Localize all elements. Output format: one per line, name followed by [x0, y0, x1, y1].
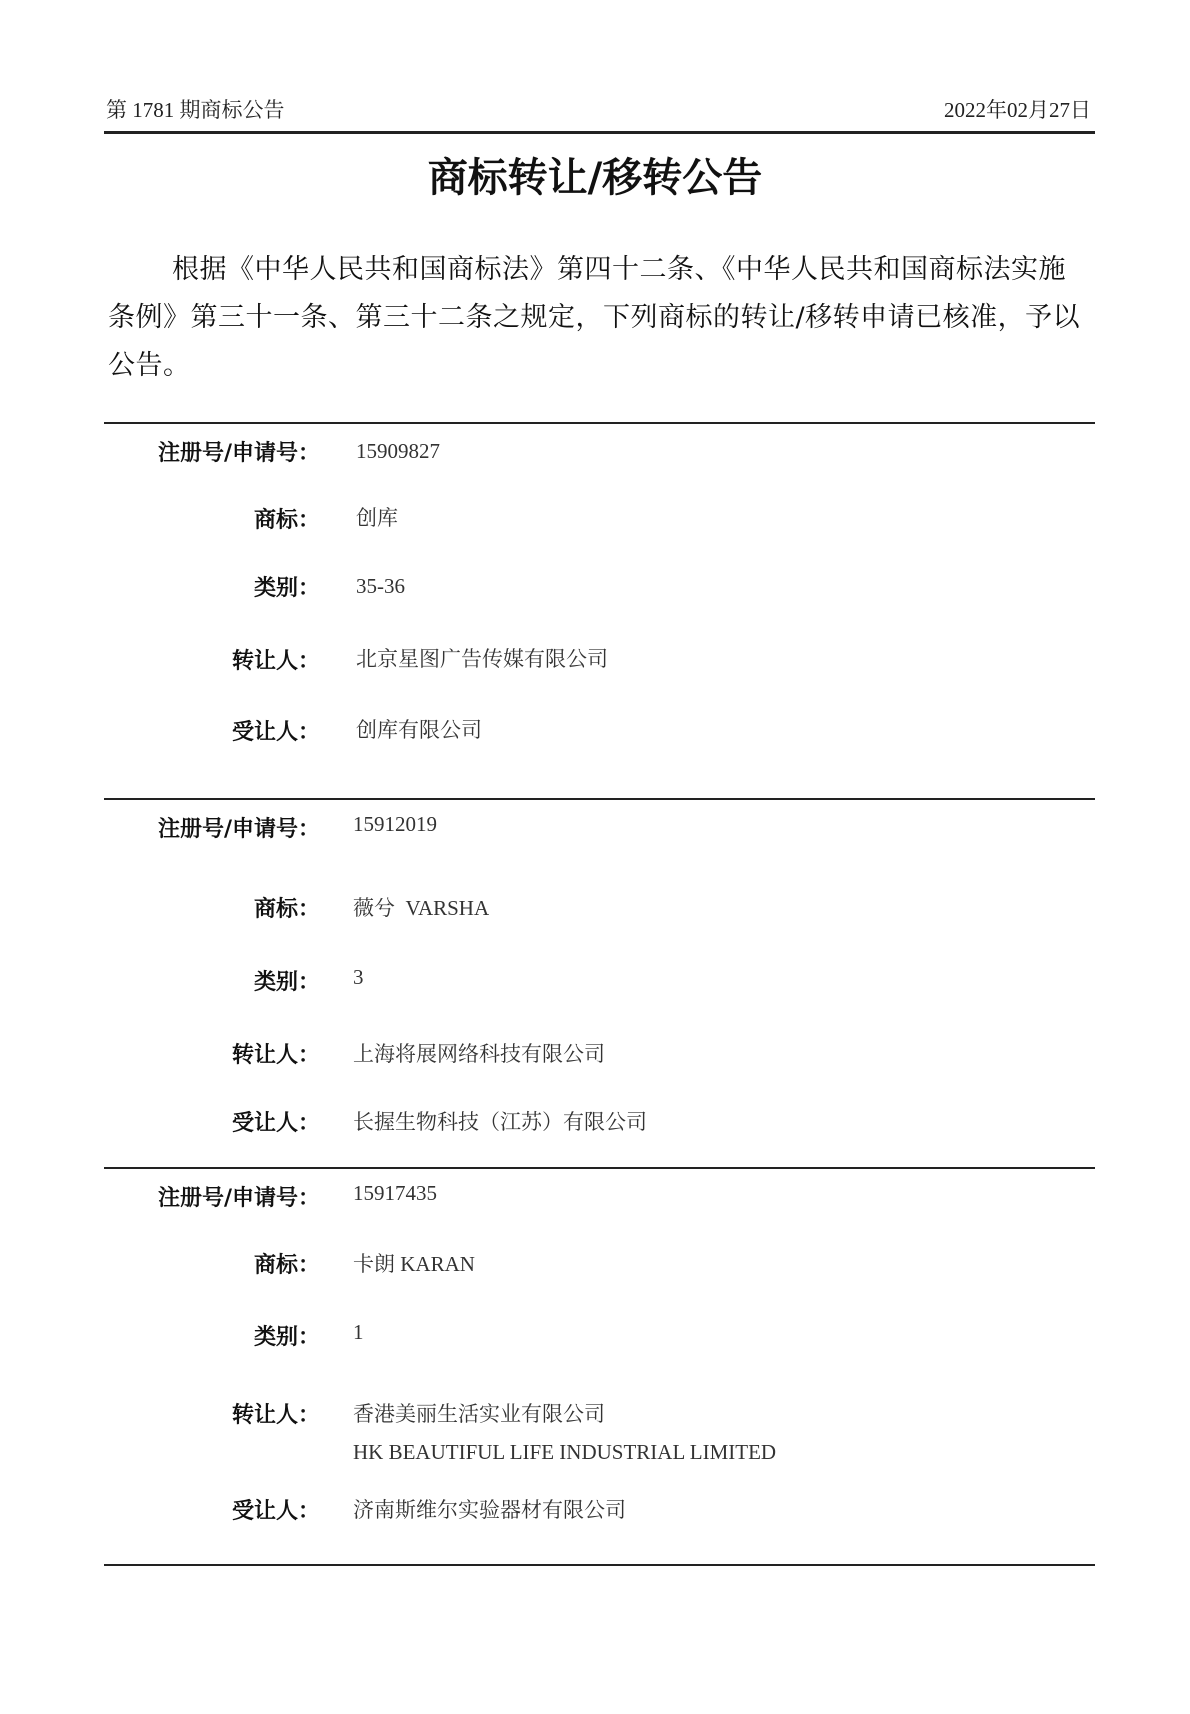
transferor-label: 转让人：	[232, 1398, 320, 1429]
transferor-english-value: HK BEAUTIFUL LIFE INDUSTRIAL LIMITED	[353, 1440, 776, 1465]
mark-label: 商标：	[254, 1248, 320, 1279]
class-value: 35-36	[356, 571, 405, 601]
reg-no-label: 注册号/申请号：	[158, 436, 320, 467]
transferor-label: 转让人：	[232, 1038, 320, 1069]
reg-no-label: 注册号/申请号：	[158, 812, 320, 843]
mark-value: 薇兮 VARSHA	[353, 892, 489, 922]
mark-label: 商标：	[254, 503, 320, 534]
mark-value: 卡朗 KARAN	[353, 1248, 475, 1278]
record-divider	[104, 422, 1095, 424]
mark-label: 商标：	[254, 892, 320, 923]
transferee-label: 受让人：	[232, 1494, 320, 1525]
transferor-value: 北京星图广告传媒有限公司	[356, 644, 608, 674]
class-label: 类别：	[254, 571, 320, 602]
transferee-label: 受让人：	[232, 715, 320, 746]
issue-number: 第 1781 期商标公告	[106, 94, 285, 124]
mark-value: 创库	[356, 503, 398, 533]
class-value: 3	[353, 965, 364, 990]
header-divider	[104, 131, 1095, 134]
reg-no-label: 注册号/申请号：	[158, 1181, 320, 1212]
reg-no-value: 15909827	[356, 436, 440, 466]
transferee-value: 长握生物科技（江苏）有限公司	[353, 1106, 647, 1136]
transferor-value: 上海将展网络科技有限公司	[353, 1038, 605, 1068]
transferor-label: 转让人：	[232, 644, 320, 675]
transferee-value: 创库有限公司	[356, 715, 482, 745]
class-value: 1	[353, 1320, 364, 1345]
page-title: 商标转让/移转公告	[0, 146, 1190, 203]
class-label: 类别：	[254, 965, 320, 996]
transferee-value: 济南斯维尔实验器材有限公司	[353, 1494, 626, 1524]
transferor-value: 香港美丽生活实业有限公司	[353, 1398, 605, 1428]
intro-paragraph: 根据《中华人民共和国商标法》第四十二条、《中华人民共和国商标法实施条例》第三十一…	[108, 246, 1093, 390]
bottom-divider	[104, 1564, 1095, 1566]
publication-date: 2022年02月27日	[944, 94, 1091, 124]
class-label: 类别：	[254, 1320, 320, 1351]
reg-no-value: 15912019	[353, 812, 437, 837]
record-divider	[104, 798, 1095, 800]
transferee-label: 受让人：	[232, 1106, 320, 1137]
record-divider	[104, 1167, 1095, 1169]
reg-no-value: 15917435	[353, 1181, 437, 1206]
